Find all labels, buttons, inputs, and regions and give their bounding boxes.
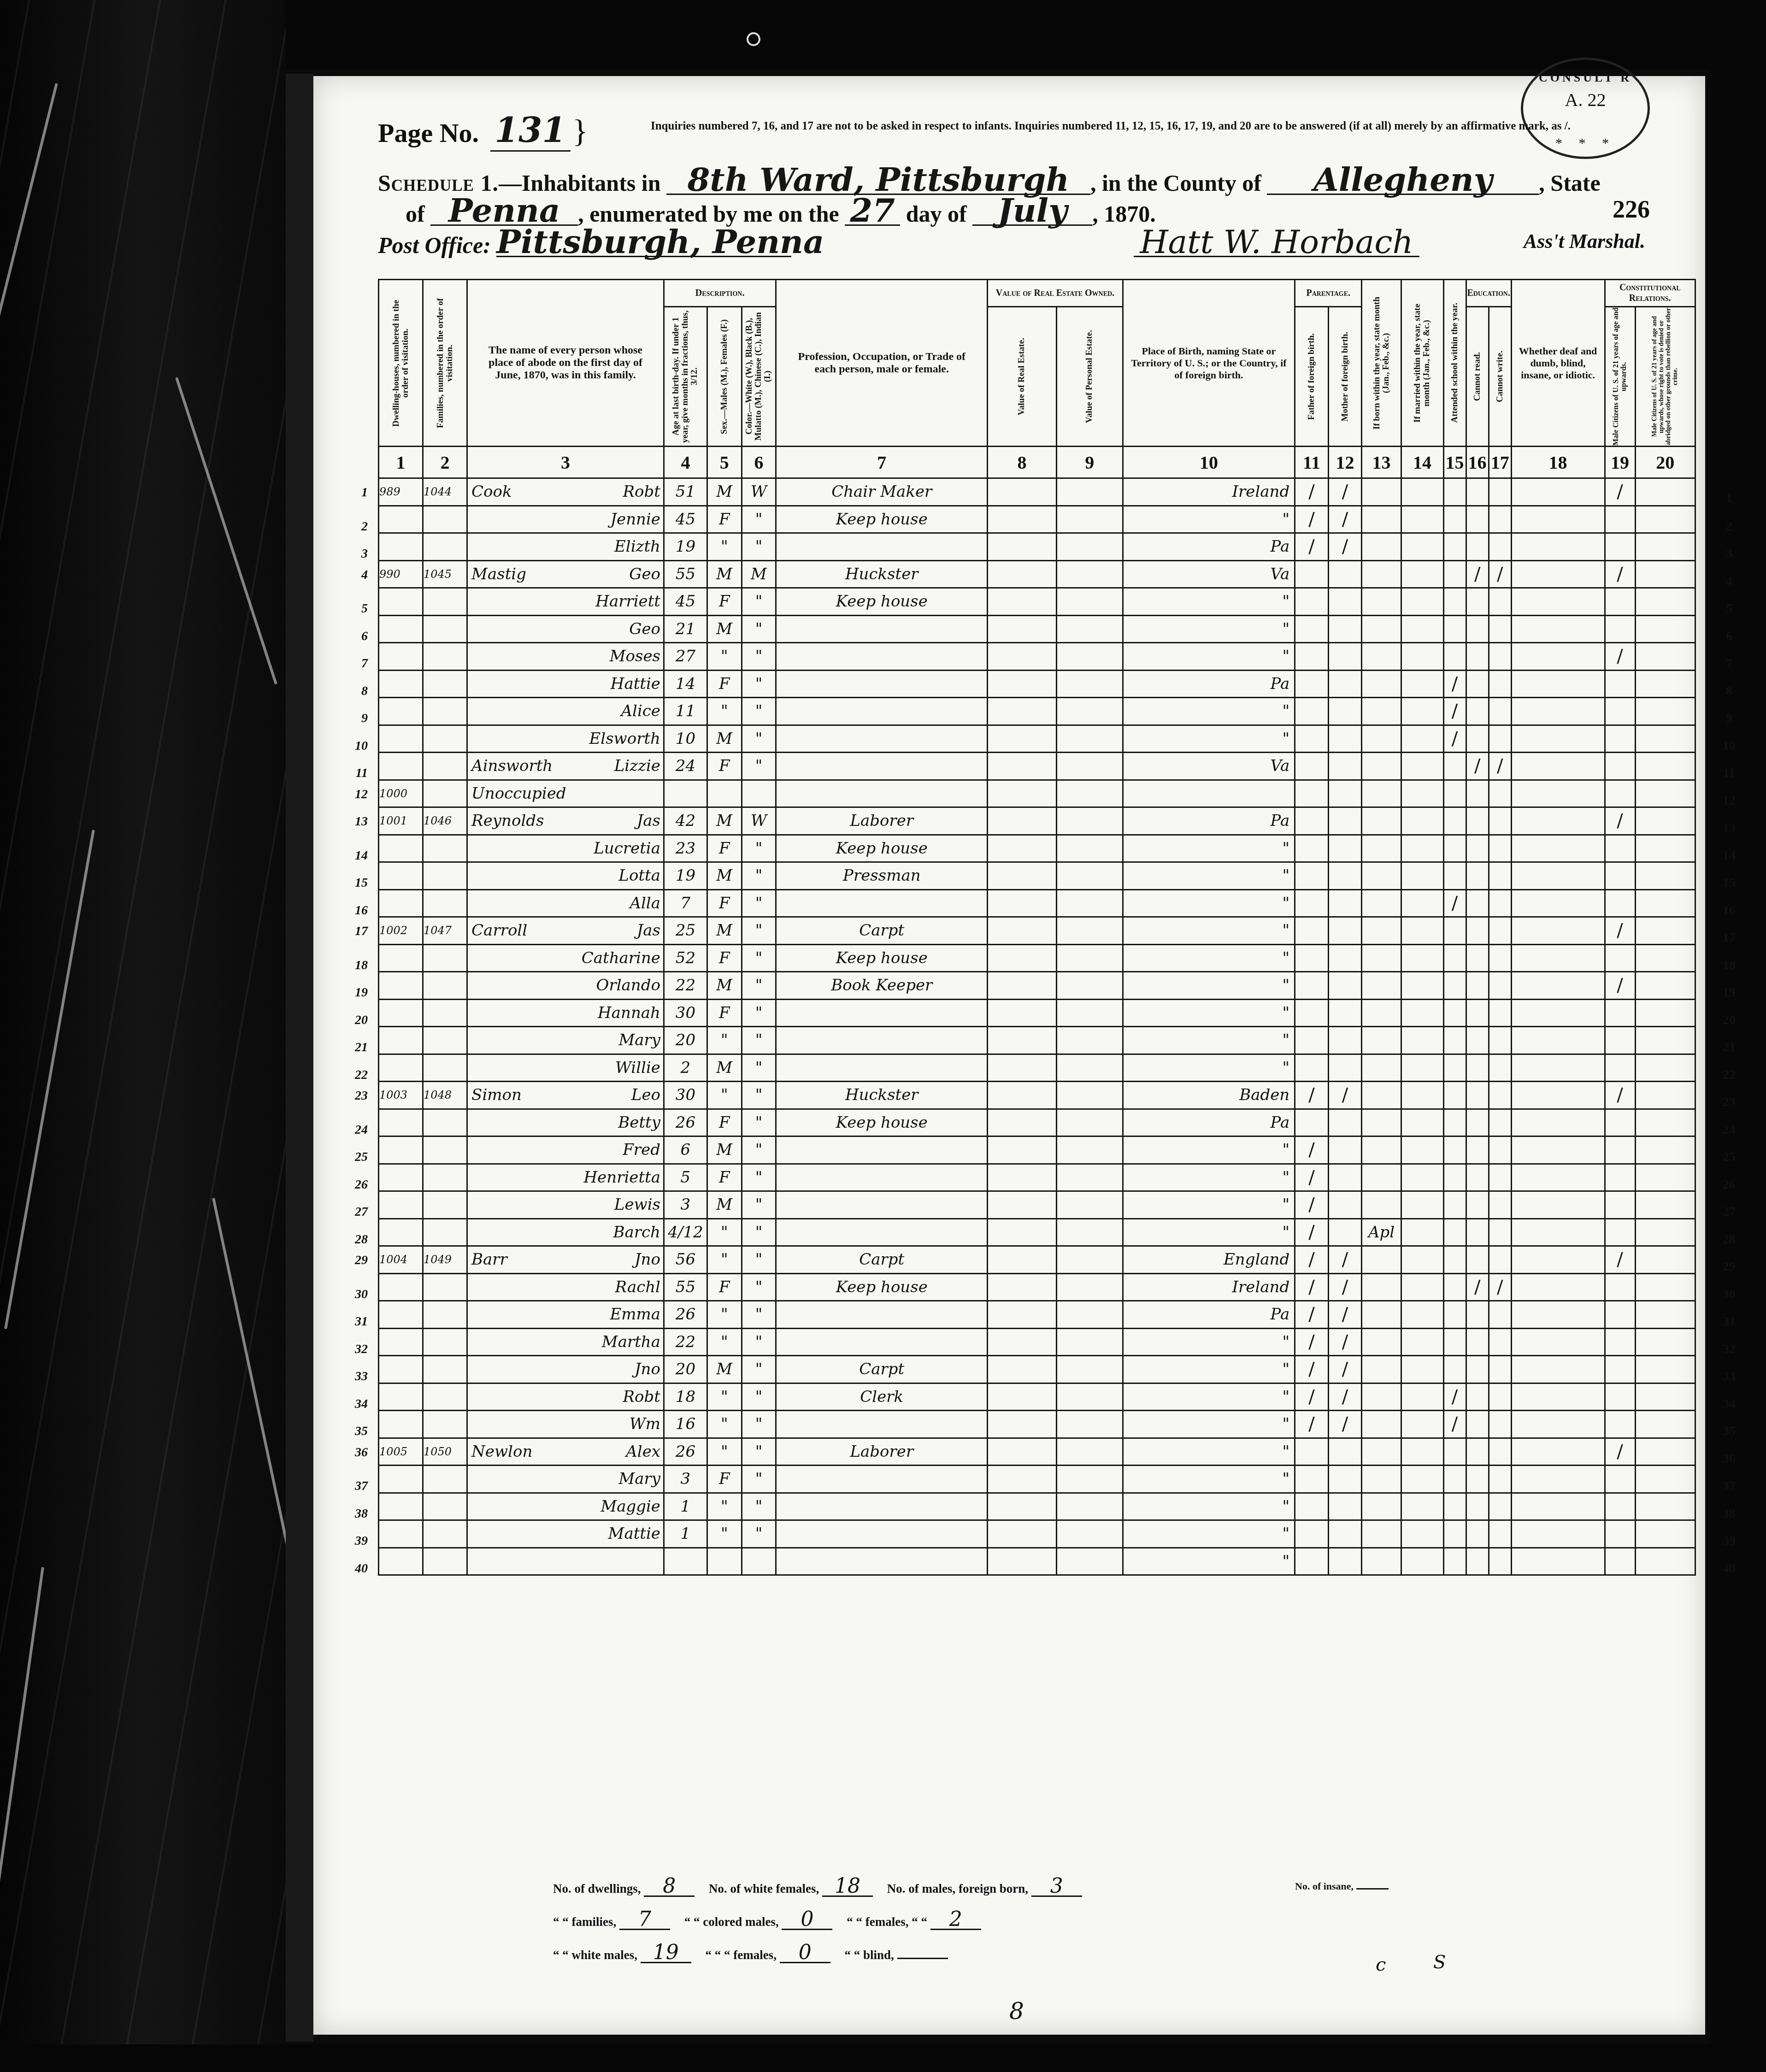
- color-cell: ": [742, 1466, 776, 1493]
- surname: Ainsworth: [468, 757, 553, 775]
- male-citizen-mark: [1605, 835, 1635, 862]
- line-number-right: 38: [1708, 1507, 1750, 1521]
- family-number: [423, 1383, 467, 1411]
- sex-cell: M: [707, 725, 742, 753]
- given-name: Emma: [610, 1305, 660, 1324]
- mother-foreign-mark: [1328, 753, 1362, 780]
- dwelling-number: 27: [379, 1191, 423, 1219]
- cannot-read-mark: [1466, 615, 1489, 643]
- vote-denied-mark: 18: [1635, 944, 1695, 972]
- county-label: , in the County of: [1090, 170, 1261, 196]
- school-mark: [1443, 588, 1466, 616]
- dwelling-number: 100323: [379, 1082, 423, 1109]
- line-number-right: 11: [1708, 766, 1750, 781]
- school-mark: /: [1443, 889, 1466, 917]
- occupation-cell: Keep house: [776, 506, 988, 533]
- occupation-cell: [776, 1548, 988, 1575]
- school-mark: [1443, 780, 1466, 807]
- mother-foreign-mark: [1328, 725, 1362, 753]
- sex-cell: ": [707, 1082, 742, 1109]
- given-name: Moses: [610, 647, 660, 665]
- census-table-wrapper: Dwelling-houses, numbered in the order o…: [378, 279, 1696, 1576]
- occupation-cell: [776, 1191, 988, 1219]
- male-citizen-mark: [1605, 862, 1635, 890]
- father-foreign-mark: /: [1295, 478, 1329, 506]
- school-mark: /: [1443, 1411, 1466, 1438]
- color-cell: ": [742, 1109, 776, 1136]
- sex-cell: F: [707, 1109, 742, 1136]
- dwelling-number: 9904: [379, 560, 423, 588]
- given-name: Orlando: [596, 976, 660, 995]
- dwelling-number: 32: [379, 1328, 423, 1356]
- occupation-cell: Chair Maker: [776, 478, 988, 506]
- dwelling-number: 6: [379, 615, 423, 643]
- table-row: 39Mattie1"""39: [379, 1520, 1695, 1548]
- male-citizen-mark: /: [1605, 1246, 1635, 1274]
- vote-denied-mark: 23: [1635, 1082, 1695, 1109]
- day-of-label: day of: [906, 201, 967, 227]
- census-table: Dwelling-houses, numbered in the order o…: [378, 279, 1696, 1576]
- sex-cell: M: [707, 807, 742, 835]
- white-males-label: “ “ white males,: [553, 1948, 637, 1962]
- mother-foreign-mark: [1328, 670, 1362, 698]
- deaf-blind-cell: [1511, 670, 1605, 698]
- cannot-write-mark: [1489, 1520, 1511, 1548]
- born-month-cell: [1362, 807, 1401, 835]
- age-cell: 19: [664, 862, 707, 890]
- father-foreign-mark: [1295, 780, 1329, 807]
- male-citizen-mark: /: [1605, 560, 1635, 588]
- occupation-cell: Keep house: [776, 588, 988, 616]
- age-cell: 11: [664, 698, 707, 725]
- male-citizen-mark: [1605, 999, 1635, 1027]
- male-citizen-mark: [1605, 1548, 1635, 1575]
- cannot-write-mark: [1489, 1136, 1511, 1164]
- vote-denied-mark: 34: [1635, 1383, 1695, 1411]
- age-cell: 42: [664, 807, 707, 835]
- school-mark: [1443, 1438, 1466, 1466]
- cannot-write-mark: [1489, 944, 1511, 972]
- mother-foreign-mark: [1328, 1218, 1362, 1246]
- cannot-write-mark: [1489, 615, 1511, 643]
- real-estate-cell: [988, 807, 1056, 835]
- cannot-read-mark: [1466, 478, 1489, 506]
- birthplace-cell: Pa: [1123, 1109, 1295, 1136]
- color-cell: ": [742, 698, 776, 725]
- dwelling-number: 26: [379, 1164, 423, 1191]
- male-citizen-mark: [1605, 1054, 1635, 1082]
- person-name: Mary: [467, 1027, 664, 1054]
- col-header-male-citizen: Male Citizens of U. S. of 21 years of ag…: [1605, 307, 1635, 447]
- dwelling-number: 20: [379, 999, 423, 1027]
- cannot-write-mark: [1489, 835, 1511, 862]
- cannot-write-mark: [1489, 670, 1511, 698]
- born-month-cell: [1362, 1328, 1401, 1356]
- family-number: [423, 1328, 467, 1356]
- col-header-color: Color.—White (W.), Black (B.), Mulatto (…: [742, 307, 776, 447]
- color-cell: [742, 780, 776, 807]
- real-estate-cell: [988, 999, 1056, 1027]
- surname: Reynolds: [468, 812, 544, 830]
- person-name: Martha: [467, 1328, 664, 1356]
- born-month-cell: [1362, 588, 1401, 616]
- column-number: 16: [1466, 447, 1489, 478]
- sex-cell: F: [707, 944, 742, 972]
- color-cell: ": [742, 999, 776, 1027]
- occupation-cell: Huckster: [776, 1082, 988, 1109]
- male-citizen-mark: [1605, 1164, 1635, 1191]
- color-cell: ": [742, 889, 776, 917]
- occupation-cell: Book Keeper: [776, 972, 988, 1000]
- mother-foreign-mark: [1328, 972, 1362, 1000]
- vote-denied-mark: 31: [1635, 1301, 1695, 1329]
- birthplace-cell: ": [1123, 944, 1295, 972]
- cannot-write-mark: [1489, 478, 1511, 506]
- males-foreign-label: No. of males, foreign born,: [887, 1882, 1028, 1895]
- column-number: 8: [988, 447, 1056, 478]
- cannot-read-mark: [1466, 1082, 1489, 1109]
- table-row: 38Maggie1"""38: [379, 1493, 1695, 1520]
- deaf-blind-cell: [1511, 1438, 1605, 1466]
- person-name: Jennie: [467, 506, 664, 533]
- person-name: Mary: [467, 1466, 664, 1493]
- cannot-write-mark: [1489, 780, 1511, 807]
- occupation-cell: [776, 698, 988, 725]
- column-number: 15: [1443, 447, 1466, 478]
- vote-denied-mark: 15: [1635, 862, 1695, 890]
- personal-estate-cell: [1056, 698, 1123, 725]
- surname: Carroll: [468, 921, 527, 940]
- col-header-sex: Sex.—Males (M.), Females (F.): [707, 307, 742, 447]
- post-office-value: Pittsburgh, Penna: [496, 228, 791, 257]
- page-number-field: Page No. 131}: [378, 111, 588, 150]
- line-number-right: 24: [1708, 1123, 1750, 1137]
- table-row: 5Harriett45F"Keep house"5: [379, 588, 1695, 616]
- school-mark: /: [1443, 670, 1466, 698]
- sex-cell: F: [707, 1466, 742, 1493]
- sex-cell: ": [707, 1301, 742, 1329]
- given-name: Jas: [637, 812, 660, 830]
- color-cell: ": [742, 862, 776, 890]
- personal-estate-cell: [1056, 1027, 1123, 1054]
- line-number-left: 10: [326, 739, 368, 753]
- archive-stamp: CONSULT R A. 22 * * *: [1521, 58, 1650, 159]
- personal-estate-cell: [1056, 615, 1123, 643]
- deaf-blind-cell: [1511, 478, 1605, 506]
- dwelling-number: 40: [379, 1548, 423, 1575]
- personal-estate-cell: [1056, 588, 1123, 616]
- given-name: Jas: [637, 921, 660, 940]
- summary-line-1: No. of dwellings, 8 No. of white females…: [553, 1872, 1093, 1905]
- birthplace-cell: ": [1123, 1054, 1295, 1082]
- dwelling-number: 38: [379, 1493, 423, 1520]
- male-citizen-mark: [1605, 1301, 1635, 1329]
- column-number: 12: [1328, 447, 1362, 478]
- born-month-cell: [1362, 835, 1401, 862]
- real-estate-cell: [988, 1328, 1056, 1356]
- table-row: 32Martha22"""//32: [379, 1328, 1695, 1356]
- father-foreign-mark: /: [1295, 1082, 1329, 1109]
- line-number-right: 36: [1708, 1452, 1750, 1466]
- line-number-left: 40: [326, 1561, 368, 1576]
- color-cell: ": [742, 1191, 776, 1219]
- mother-foreign-mark: [1328, 999, 1362, 1027]
- school-mark: [1443, 1356, 1466, 1383]
- vote-denied-mark: 27: [1635, 1191, 1695, 1219]
- personal-estate-cell: [1056, 753, 1123, 780]
- personal-estate-cell: [1056, 506, 1123, 533]
- born-month-cell: [1362, 1136, 1401, 1164]
- color-cell: ": [742, 917, 776, 945]
- born-month-cell: [1362, 533, 1401, 561]
- real-estate-cell: [988, 1054, 1056, 1082]
- column-number: 11: [1295, 447, 1329, 478]
- table-row: 40"40: [379, 1548, 1695, 1575]
- vote-denied-mark: 10: [1635, 725, 1695, 753]
- dwelling-number: 24: [379, 1109, 423, 1136]
- mother-foreign-mark: [1328, 588, 1362, 616]
- school-mark: [1443, 917, 1466, 945]
- mother-foreign-mark: /: [1328, 1301, 1362, 1329]
- male-citizen-mark: [1605, 1466, 1635, 1493]
- person-name: [467, 1548, 664, 1575]
- male-citizen-mark: [1605, 944, 1635, 972]
- header-row-groups: Dwelling-houses, numbered in the order o…: [379, 280, 1695, 307]
- cannot-write-mark: /: [1489, 1273, 1511, 1301]
- school-mark: [1443, 1466, 1466, 1493]
- col-header-married-month: If married within the year, state month …: [1401, 280, 1443, 447]
- mother-foreign-mark: [1328, 698, 1362, 725]
- line-number-right: 17: [1708, 930, 1750, 945]
- age-cell: 22: [664, 972, 707, 1000]
- vote-denied-mark: 29: [1635, 1246, 1695, 1274]
- dwelling-number: 16: [379, 889, 423, 917]
- color-cell: [742, 1548, 776, 1575]
- birthplace-cell: Pa: [1123, 533, 1295, 561]
- birthplace-cell: ": [1123, 588, 1295, 616]
- given-name: Geo: [629, 565, 660, 583]
- born-month-cell: [1362, 1027, 1401, 1054]
- person-name: Barch: [467, 1218, 664, 1246]
- birthplace-cell: Baden: [1123, 1082, 1295, 1109]
- born-month-cell: [1362, 944, 1401, 972]
- film-streak: [0, 83, 58, 486]
- table-row: 15Lotta19M"Pressman"15: [379, 862, 1695, 890]
- personal-estate-cell: [1056, 1328, 1123, 1356]
- family-number: [423, 835, 467, 862]
- age-cell: 45: [664, 588, 707, 616]
- real-estate-cell: [988, 1082, 1056, 1109]
- line-number-right: 3: [1708, 547, 1750, 561]
- deaf-blind-cell: [1511, 1411, 1605, 1438]
- sex-cell: ": [707, 533, 742, 561]
- school-mark: [1443, 1164, 1466, 1191]
- personal-estate-cell: [1056, 917, 1123, 945]
- line-number-left: 5: [326, 601, 368, 616]
- father-foreign-mark: /: [1295, 1246, 1329, 1274]
- real-estate-cell: [988, 862, 1056, 890]
- deaf-blind-cell: [1511, 698, 1605, 725]
- given-name: Jno: [635, 1360, 660, 1378]
- person-name: Henrietta: [467, 1164, 664, 1191]
- occupation-cell: Carpt: [776, 1356, 988, 1383]
- real-estate-cell: [988, 588, 1056, 616]
- personal-estate-cell: [1056, 780, 1123, 807]
- age-cell: 7: [664, 889, 707, 917]
- mother-foreign-mark: [1328, 917, 1362, 945]
- line-number-left: 26: [326, 1177, 368, 1192]
- page-summary: No. of dwellings, 8 No. of white females…: [553, 1872, 1093, 1972]
- family-number: 1047: [423, 917, 467, 945]
- line-number-left: 3: [326, 547, 368, 561]
- real-estate-cell: [988, 1218, 1056, 1246]
- cannot-read-mark: [1466, 835, 1489, 862]
- family-number: [423, 1054, 467, 1082]
- male-citizen-mark: /: [1605, 807, 1635, 835]
- born-month-cell: [1362, 670, 1401, 698]
- family-number: [423, 862, 467, 890]
- personal-estate-cell: [1056, 944, 1123, 972]
- person-name: Lucretia: [467, 835, 664, 862]
- vote-denied-mark: 17: [1635, 917, 1695, 945]
- column-number: 7: [776, 447, 988, 478]
- column-number: 9: [1056, 447, 1123, 478]
- given-name: Jno: [635, 1250, 660, 1269]
- male-citizen-mark: [1605, 698, 1635, 725]
- person-name: NewlonAlex: [467, 1438, 664, 1466]
- personal-estate-cell: [1056, 1218, 1123, 1246]
- vote-denied-mark: 26: [1635, 1164, 1695, 1191]
- given-name: Mary: [618, 1470, 660, 1488]
- father-foreign-mark: [1295, 889, 1329, 917]
- male-citizen-mark: [1605, 1273, 1635, 1301]
- married-month-cell: [1401, 889, 1443, 917]
- dwelling-number: 100429: [379, 1246, 423, 1274]
- cannot-write-mark: [1489, 1493, 1511, 1520]
- school-mark: [1443, 972, 1466, 1000]
- male-citizen-mark: /: [1605, 1082, 1635, 1109]
- male-citizen-mark: [1605, 780, 1635, 807]
- school-mark: [1443, 615, 1466, 643]
- color-cell: ": [742, 1164, 776, 1191]
- school-mark: [1443, 1493, 1466, 1520]
- father-foreign-mark: [1295, 643, 1329, 671]
- vote-denied-mark: 3: [1635, 533, 1695, 561]
- deaf-blind-cell: [1511, 1273, 1605, 1301]
- sex-cell: M: [707, 1136, 742, 1164]
- table-row: 1003231048SimonLeo30""HucksterBaden///23: [379, 1082, 1695, 1109]
- line-number-right: 16: [1708, 903, 1750, 918]
- color-cell: ": [742, 1082, 776, 1109]
- person-name: Lotta: [467, 862, 664, 890]
- age-cell: 52: [664, 944, 707, 972]
- cannot-write-mark: [1489, 643, 1511, 671]
- school-mark: [1443, 1246, 1466, 1274]
- film-border-bottom: [0, 2044, 1766, 2072]
- table-row: 11AinsworthLizzie24F"Va//11: [379, 753, 1695, 780]
- male-citizen-mark: /: [1605, 643, 1635, 671]
- birthplace-cell: ": [1123, 615, 1295, 643]
- dwelling-number: 100217: [379, 917, 423, 945]
- cannot-write-mark: [1489, 1438, 1511, 1466]
- deaf-blind-cell: [1511, 917, 1605, 945]
- school-mark: [1443, 506, 1466, 533]
- age-cell: 51: [664, 478, 707, 506]
- male-citizen-mark: [1605, 670, 1635, 698]
- color-cell: ": [742, 1520, 776, 1548]
- cannot-write-mark: [1489, 1466, 1511, 1493]
- color-cell: ": [742, 588, 776, 616]
- given-name: Elizth: [614, 537, 660, 556]
- given-name: Lotta: [618, 866, 660, 885]
- personal-estate-cell: [1056, 1082, 1123, 1109]
- film-sprocket-hole: [747, 32, 760, 46]
- sex-cell: ": [707, 1411, 742, 1438]
- sex-cell: ": [707, 1438, 742, 1466]
- age-cell: [664, 780, 707, 807]
- family-number: 1044: [423, 478, 467, 506]
- cannot-read-mark: [1466, 533, 1489, 561]
- stamped-sheet-number: 226: [1613, 195, 1650, 224]
- line-number-left: 16: [326, 903, 368, 918]
- table-row: 27Lewis3M""/27: [379, 1191, 1695, 1219]
- school-mark: /: [1443, 725, 1466, 753]
- birthplace-cell: Va: [1123, 753, 1295, 780]
- line-number-right: 31: [1708, 1314, 1750, 1329]
- deaf-blind-cell: [1511, 1328, 1605, 1356]
- birthplace-cell: ": [1123, 698, 1295, 725]
- school-mark: [1443, 1328, 1466, 1356]
- school-mark: [1443, 1218, 1466, 1246]
- father-foreign-mark: /: [1295, 1383, 1329, 1411]
- birthplace-cell: Ireland: [1123, 478, 1295, 506]
- families-label: “ “ families,: [553, 1915, 616, 1929]
- cannot-read-mark: [1466, 1191, 1489, 1219]
- born-month-cell: [1362, 1548, 1401, 1575]
- line-number-left: 34: [326, 1397, 368, 1412]
- family-number: [423, 1273, 467, 1301]
- mother-foreign-mark: [1328, 1191, 1362, 1219]
- father-foreign-mark: [1295, 1438, 1329, 1466]
- table-row: 14Lucretia23F"Keep house"14: [379, 835, 1695, 862]
- cannot-write-mark: [1489, 862, 1511, 890]
- vote-denied-mark: 35: [1635, 1411, 1695, 1438]
- dwelling-number: 39: [379, 1520, 423, 1548]
- vote-denied-mark: 9: [1635, 698, 1695, 725]
- real-estate-cell: [988, 1548, 1056, 1575]
- age-cell: 55: [664, 560, 707, 588]
- father-foreign-mark: [1295, 560, 1329, 588]
- cannot-read-mark: [1466, 1411, 1489, 1438]
- instruction-note: Inquiries numbered 7, 16, and 17 are not…: [571, 118, 1650, 134]
- column-number: 1: [379, 447, 423, 478]
- age-cell: 30: [664, 1082, 707, 1109]
- family-number: [423, 753, 467, 780]
- cannot-write-mark: [1489, 1328, 1511, 1356]
- person-name: Betty: [467, 1109, 664, 1136]
- deaf-blind-cell: [1511, 1383, 1605, 1411]
- line-number-right: 12: [1708, 794, 1750, 808]
- age-cell: 27: [664, 643, 707, 671]
- male-citizen-mark: [1605, 889, 1635, 917]
- table-row: 30Rachl55F"Keep houseIreland////30: [379, 1273, 1695, 1301]
- mother-foreign-mark: [1328, 862, 1362, 890]
- line-number-left: 20: [326, 1013, 368, 1028]
- line-number-right: 23: [1708, 1095, 1750, 1110]
- vote-denied-mark: 6: [1635, 615, 1695, 643]
- vote-denied-mark: 5: [1635, 588, 1695, 616]
- color-cell: ": [742, 1273, 776, 1301]
